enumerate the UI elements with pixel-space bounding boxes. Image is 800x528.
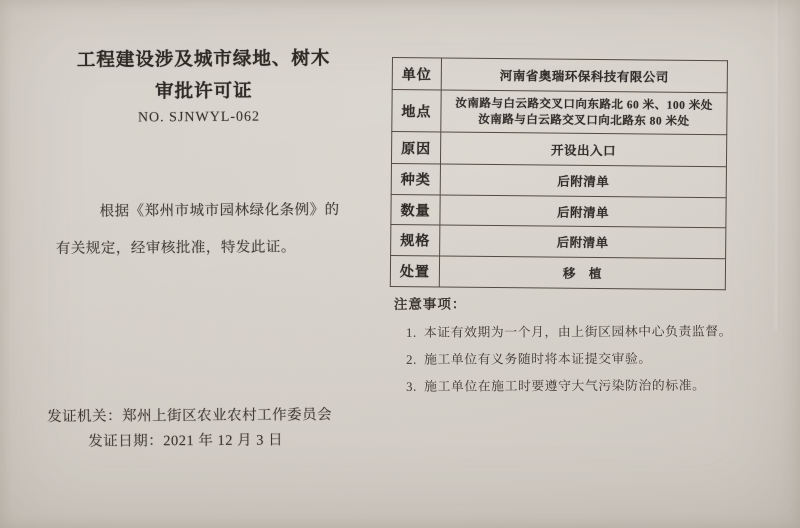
row-value: 后附清单 [440, 164, 726, 198]
table-row: 处置移 植 [390, 255, 725, 289]
notes-list: 1.本证有效期为一个月，由上街区园林中心负责监督。2.施工单位有义务随时将本证提… [406, 323, 794, 396]
issuer-label: 发证机关： [47, 409, 122, 426]
issuing-authority-line: 发证机关：郑州上街区农业农村工作委员会 [47, 403, 332, 426]
title-line1: 工程建设涉及城市绿地、树木 [40, 43, 366, 77]
row-value: 开设出入口 [440, 132, 726, 167]
left-column: 工程建设涉及城市绿地、树木 审批许可证 NO. SJNWYL-062 根据《郑州… [0, 0, 402, 528]
note-number: 2. [406, 352, 424, 369]
table-row: 地点汝南路与白云路交叉口向东路北 60 米、100 米处汝南路与白云路交叉口向北… [392, 90, 727, 135]
row-label: 地点 [392, 90, 441, 132]
notes-section: 注意事项： 1.本证有效期为一个月，由上街区园林中心负责监督。2.施工单位有义务… [394, 291, 794, 406]
row-label: 处置 [390, 255, 439, 286]
right-column: 单位河南省奥瑞环保科技有限公司地点汝南路与白云路交叉口向东路北 60 米、100… [390, 0, 800, 528]
certificate-title: 工程建设涉及城市绿地、树木 审批许可证 [40, 43, 366, 109]
note-text: 施工单位在施工时要遵守大气污染防治的标准。 [424, 379, 705, 394]
table-row: 规格后附清单 [391, 224, 726, 258]
notes-heading: 注意事项： [394, 291, 794, 313]
row-label: 种类 [391, 163, 440, 194]
table-row: 原因开设出入口 [391, 132, 726, 167]
issue-date-value: 2021 年 12 月 3 日 [163, 432, 283, 449]
note-item: 1.本证有效期为一个月，由上街区园林中心负责监督。 [406, 323, 794, 342]
note-item: 3.施工单位在施工时要遵守大气污染防治的标准。 [406, 377, 794, 396]
note-text: 施工单位有义务随时将本证提交审验。 [424, 352, 652, 367]
issue-date-line: 发证日期：2021 年 12 月 3 日 [88, 428, 283, 450]
table-row: 种类后附清单 [391, 163, 726, 197]
table-row: 数量后附清单 [391, 194, 726, 227]
row-value: 汝南路与白云路交叉口向东路北 60 米、100 米处汝南路与白云路交叉口向北路东… [441, 90, 727, 135]
note-text: 本证有效期为一个月，由上街区园林中心负责监督。 [424, 324, 732, 339]
basis-line2: 有关规定，经审核批准，特发此证。 [56, 229, 346, 268]
basis-line1: 根据《郑州市城市园林绿化条例》的 [56, 192, 346, 231]
title-line2: 审批许可证 [41, 75, 367, 109]
row-label: 原因 [391, 132, 440, 164]
issuer-value: 郑州上街区农业农村工作委员会 [122, 407, 332, 424]
row-value: 移 植 [439, 256, 725, 290]
note-item: 2.施工单位有义务随时将本证提交审验。 [406, 350, 794, 369]
row-value: 后附清单 [440, 195, 726, 228]
row-value: 河南省奥瑞环保科技有限公司 [441, 58, 727, 93]
table-row: 单位河南省奥瑞环保科技有限公司 [392, 58, 727, 93]
row-label: 单位 [392, 58, 441, 90]
row-label: 数量 [391, 194, 440, 224]
permit-details-table: 单位河南省奥瑞环保科技有限公司地点汝南路与白云路交叉口向东路北 60 米、100… [390, 57, 728, 290]
row-value: 后附清单 [440, 225, 726, 259]
note-number: 1. [406, 325, 424, 342]
note-number: 3. [406, 379, 424, 396]
serial-number: NO. SJNWYL-062 [39, 109, 359, 127]
row-label: 规格 [391, 224, 440, 255]
basis-paragraph: 根据《郑州市城市园林绿化条例》的 有关规定，经审核批准，特发此证。 [56, 192, 347, 268]
issue-date-label: 发证日期： [88, 433, 163, 450]
permit-document-page: 工程建设涉及城市绿地、树木 审批许可证 NO. SJNWYL-062 根据《郑州… [0, 0, 800, 528]
